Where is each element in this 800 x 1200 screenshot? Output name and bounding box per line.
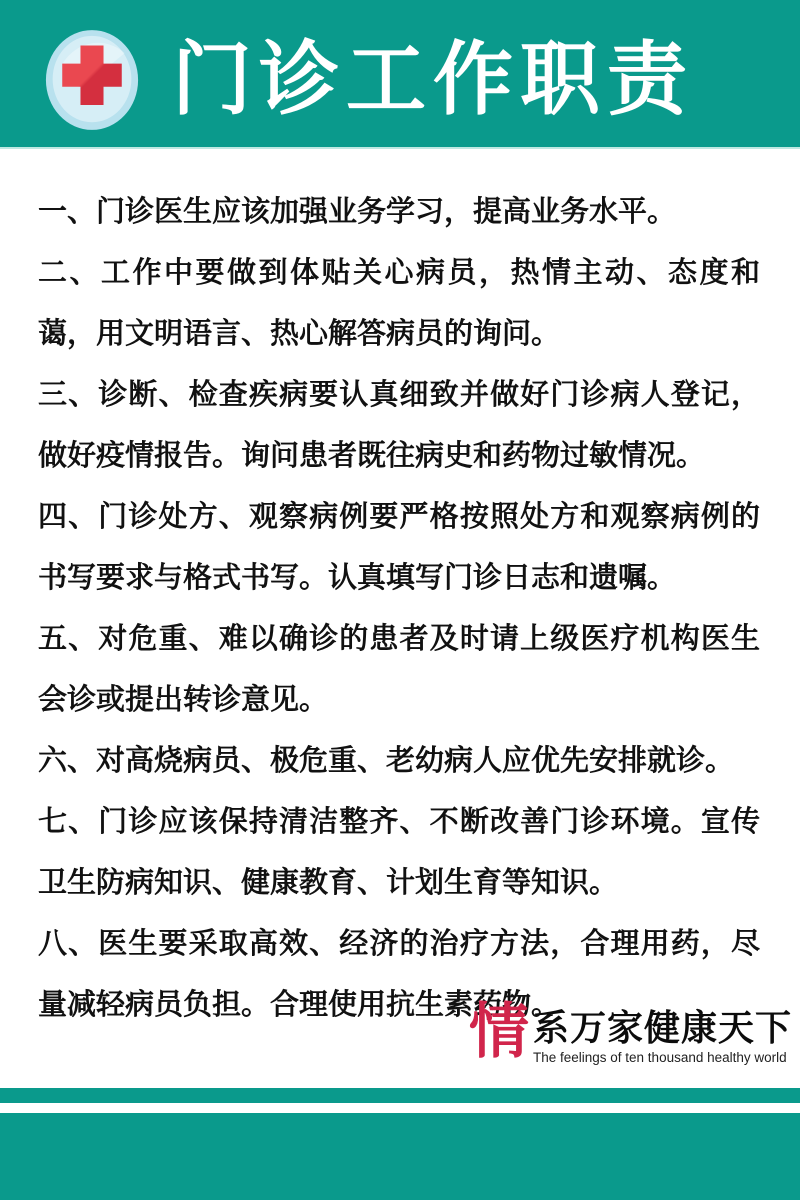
brand-text: 系万家健康天下 <box>533 1008 792 1048</box>
duty-item-2: 二、工作中要做到体贴关心病员，热情主动、态度和蔼，用文明语言、热心解答病员的询问… <box>38 243 760 365</box>
duty-item-6: 六、对高烧病员、极危重、老幼病人应优先安排就诊。 <box>38 731 760 792</box>
page-title: 门诊工作职责 <box>172 34 694 126</box>
footer-block <box>0 1113 800 1200</box>
duty-item-7: 七、门诊应该保持清洁整齐、不断改善门诊环境。宣传卫生防病知识、健康教育、计划生育… <box>38 792 760 914</box>
duty-item-4: 四、门诊处方、观察病例要严格按照处方和观察病例的书写要求与格式书写。认真填写门诊… <box>38 487 760 609</box>
header-banner: 门诊工作职责 <box>0 0 800 149</box>
footer-accent-bar <box>0 1088 800 1103</box>
duty-item-5: 五、对危重、难以确诊的患者及时请上级医疗机构医生会诊或提出转诊意见。 <box>38 609 760 731</box>
duty-item-1: 一、门诊医生应该加强业务学习，提高业务水平。 <box>38 182 760 243</box>
duty-item-3: 三、诊断、检查疾病要认真细致并做好门诊病人登记，做好疫情报告。询问患者既往病史和… <box>38 365 760 487</box>
brand-accent-character: 情 <box>469 1000 529 1064</box>
red-cross-badge-icon <box>44 28 140 132</box>
brand-tagline: The feelings of ten thousand healthy wor… <box>533 1049 787 1067</box>
duty-list: 一、门诊医生应该加强业务学习，提高业务水平。 二、工作中要做到体贴关心病员，热情… <box>0 149 800 1036</box>
poster: 门诊工作职责 一、门诊医生应该加强业务学习，提高业务水平。 二、工作中要做到体贴… <box>0 0 800 1200</box>
brand-main: 系万家健康天下 The feelings of ten thousand hea… <box>533 1000 792 1067</box>
brand-logo: 情 系万家健康天下 The feelings of ten thousand h… <box>469 1000 792 1067</box>
